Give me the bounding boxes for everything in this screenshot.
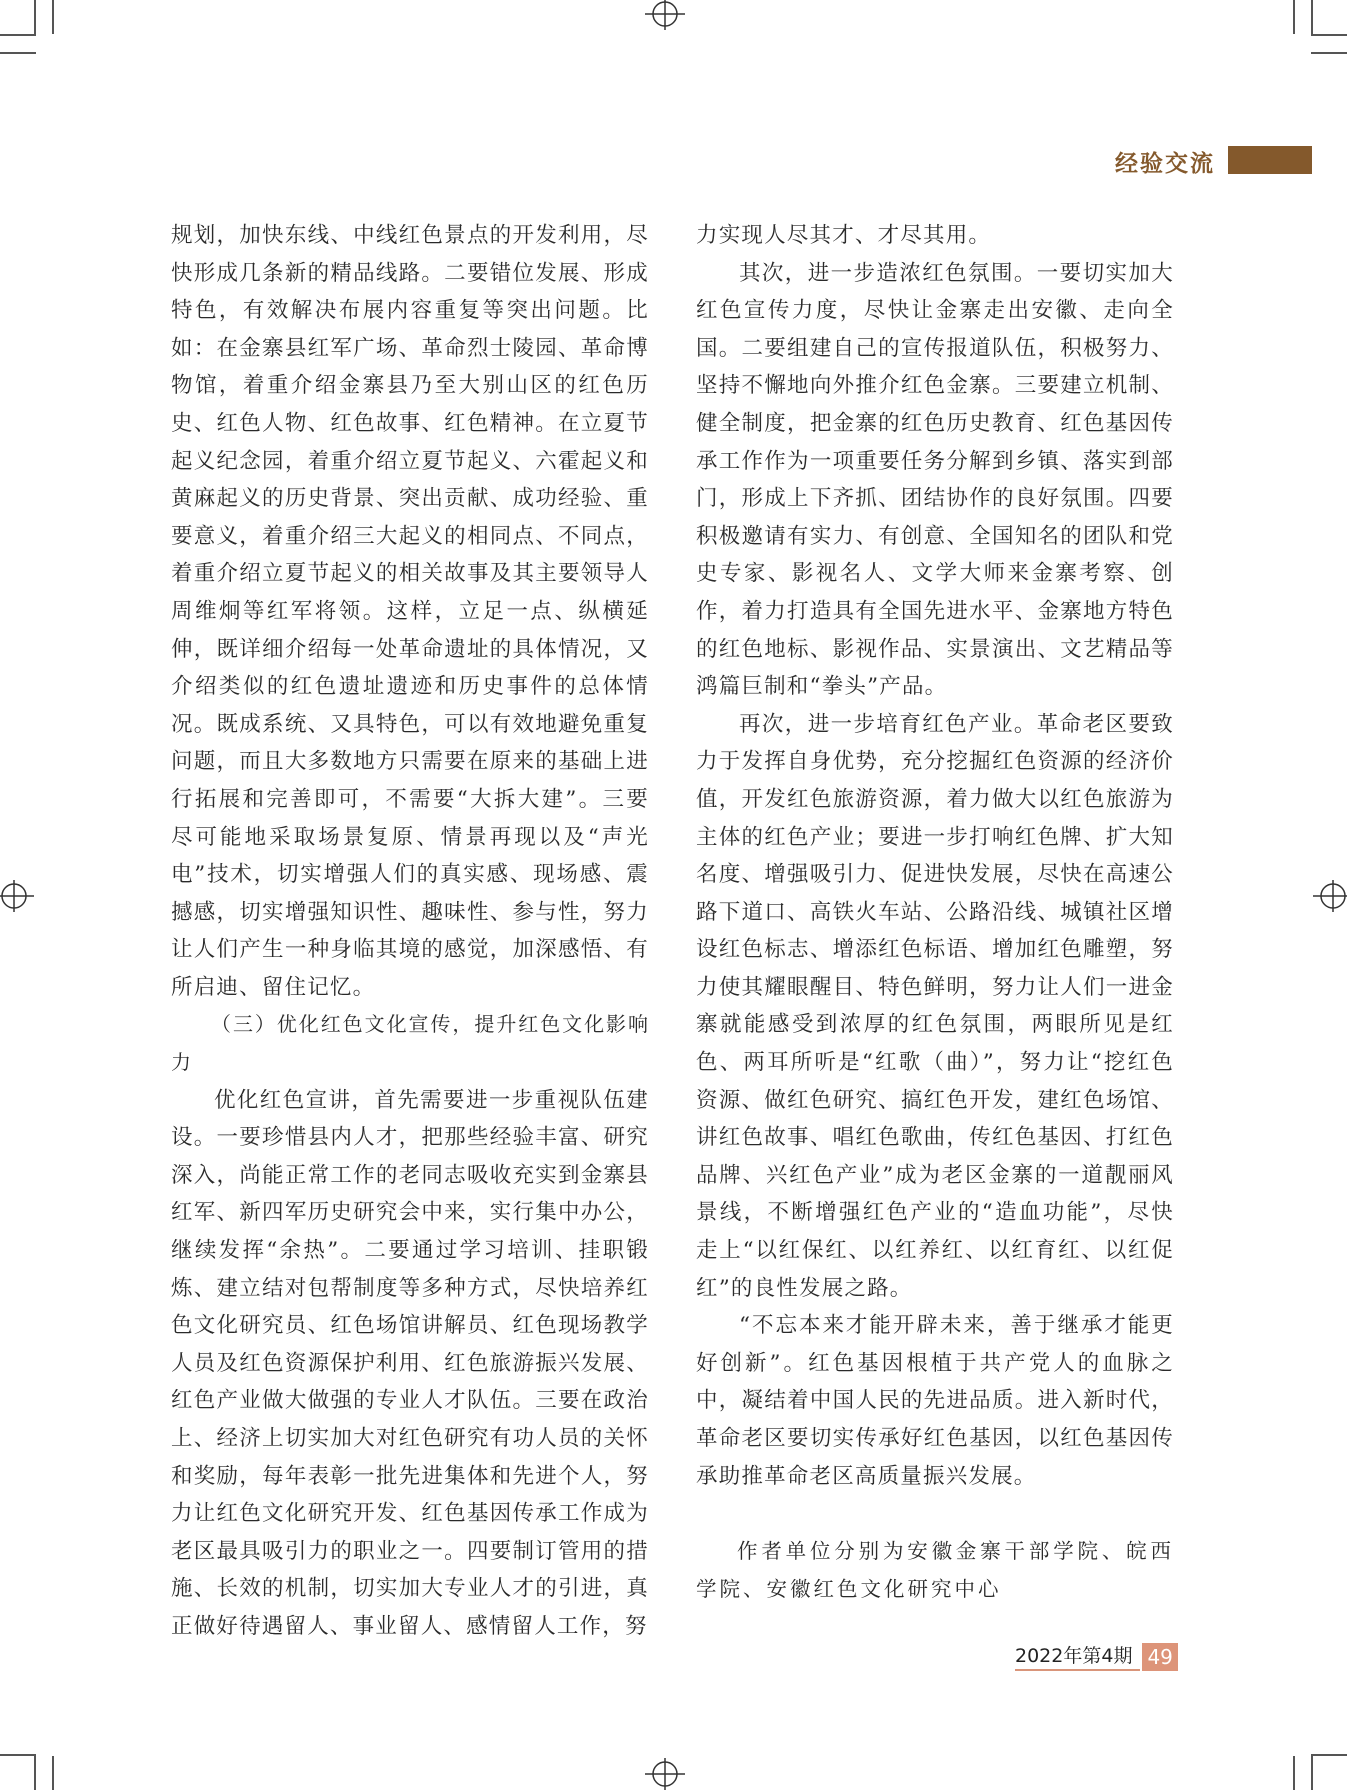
crop-mark [0,1754,36,1756]
right-column: 力实现人尽其才、才尽其用。 其次，进一步造浓红色氛围。一要切实加大红色宣传力度，… [696,217,1174,1608]
paragraph: 其次，进一步造浓红色氛围。一要切实加大红色宣传力度，尽快让金寨走出安徽、走向全国… [696,255,1174,706]
crop-mark [34,1756,36,1790]
paragraph: “不忘本来才能开辟未来，善于继承才能更好创新”。红色基因根植于共产党人的血脉之中… [696,1307,1174,1495]
crop-mark [1311,0,1313,34]
left-column: 规划，加快东线、中线红色景点的开发利用，尽快形成几条新的精品线路。二要错位发展、… [171,217,649,1646]
section-accent-bar [1228,146,1312,174]
section-label: 经验交流 [1115,145,1215,178]
author-affiliation: 作者单位分别为安徽金寨干部学院、皖西学院、安徽红色文化研究中心 [696,1533,1174,1608]
registration-mark-icon [0,876,34,916]
crop-mark [1293,1756,1295,1790]
page-number: 49 [1142,1643,1177,1671]
paragraph: 优化红色宣讲，首先需要进一步重视队伍建设。一要珍惜县内人才，把那些经验丰富、研究… [171,1082,649,1646]
paragraph: 再次，进一步培育红色产业。革命老区要致力于发挥自身优势，充分挖掘红色资源的经济价… [696,706,1174,1308]
crop-mark [52,1756,54,1790]
crop-mark [1311,1756,1313,1790]
section-subheading: （三）优化红色文化宣传，提升红色文化影响力 [171,1006,649,1081]
registration-mark-icon [645,1754,685,1790]
registration-mark-icon [645,0,685,34]
crop-mark [34,0,36,34]
page-footer: 2022年第4期 49 [1015,1642,1178,1672]
crop-mark [0,52,36,54]
crop-mark [52,0,54,34]
paragraph: 规划，加快东线、中线红色景点的开发利用，尽快形成几条新的精品线路。二要错位发展、… [171,217,649,1006]
issue-label: 2022年第4期 [1015,1643,1140,1671]
paragraph: 力实现人尽其才、才尽其用。 [696,217,1174,255]
crop-mark [1311,52,1347,54]
crop-mark [1311,1754,1347,1756]
crop-mark [1311,34,1347,36]
registration-mark-icon [1313,876,1347,916]
crop-mark [1293,0,1295,34]
crop-mark [0,34,36,36]
